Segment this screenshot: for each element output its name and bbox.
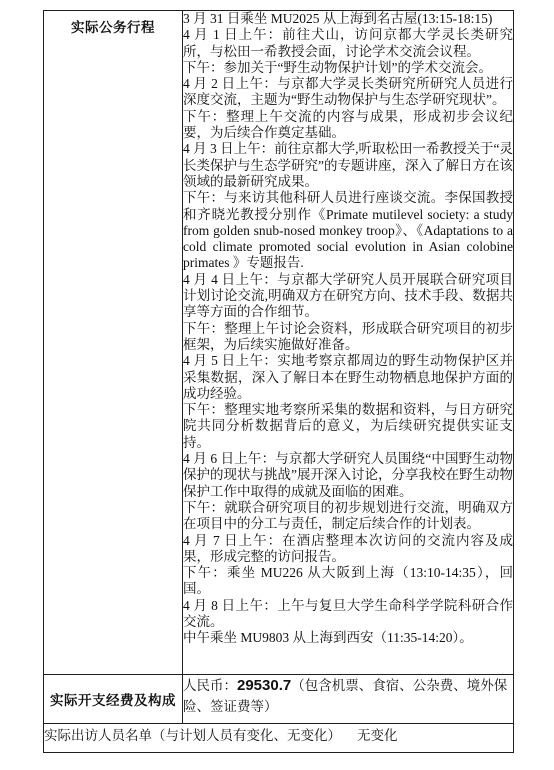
itinerary-paragraph: 4 月 5 日上午：实地考察京都周边的野生动物保护区并采集数据，深入了解日本在野… <box>183 353 513 402</box>
itinerary-paragraph: 下午：整理上午交流的内容与成果，形成初步会议纪要，为后续合作奠定基础。 <box>183 109 513 142</box>
itinerary-label-cell: 实际公务行程 <box>44 11 183 675</box>
amount-value: 29530.7 <box>237 677 291 694</box>
roster-value: 无变化 <box>357 728 398 743</box>
itinerary-paragraphs: 3 月 31 日乘坐 MU2025 从上海到名古屋(13:15-18:15)4 … <box>183 11 513 647</box>
expenses-label: 实际开支经费及构成 <box>50 693 176 708</box>
itinerary-paragraph: 下午：乘坐 MU226 从大阪到上海（13:10-14:35），回国。 <box>183 565 513 598</box>
trip-report-table: 实际公务行程 3 月 31 日乘坐 MU2025 从上海到名古屋(13:15-1… <box>43 10 514 753</box>
itinerary-paragraph: 下午：参加关于“野生动物保护计划”的学术交流会。 <box>183 60 513 76</box>
itinerary-paragraph: 4 月 7 日上午：在酒店整理本次访问的交流内容及成果，形成完整的访问报告。 <box>183 533 513 566</box>
itinerary-paragraph: 下午：就联合研究项目的初步规划进行交流，明确双方在项目中的分工与责任，制定后续合… <box>183 500 513 533</box>
itinerary-paragraph: 4 月 1 日上午：前往犬山，访问京都大学灵长类研究所，与松田一希教授会面，讨论… <box>183 27 513 60</box>
expenses-content-cell: 人民币：29530.7（包含机票、食宿、公杂费、境外保险、签证费等） <box>183 675 514 724</box>
itinerary-paragraph: 中午乘坐 MU9803 从上海到西安（11:35-14:20）。 <box>183 630 513 646</box>
itinerary-paragraph: 4 月 2 日上午：与京都大学灵长类研究所研究人员进行深度交流，主题为“野生动物… <box>183 76 513 109</box>
expenses-row: 实际开支经费及构成 人民币：29530.7（包含机票、食宿、公杂费、境外保险、签… <box>44 675 514 724</box>
roster-row: 实际出访人员名单（与计划人员有变化、无变化）无变化 <box>44 724 514 753</box>
itinerary-content-cell: 3 月 31 日乘坐 MU2025 从上海到名古屋(13:15-18:15)4 … <box>183 11 514 675</box>
itinerary-paragraph: 4 月 3 日上午：前往京都大学,听取松田一希教授关于“灵长类保护与生态学研究”… <box>183 141 513 190</box>
itinerary-paragraph: 3 月 31 日乘坐 MU2025 从上海到名古屋(13:15-18:15) <box>183 11 513 27</box>
currency-label: 人民币： <box>183 678 237 693</box>
trip-report-page: 实际公务行程 3 月 31 日乘坐 MU2025 从上海到名古屋(13:15-1… <box>0 0 554 770</box>
itinerary-paragraph: 下午：整理实地考察所采集的数据和资料，与日方研究院共同分析数据背后的意义，为后续… <box>183 402 513 451</box>
roster-cell: 实际出访人员名单（与计划人员有变化、无变化）无变化 <box>44 724 514 753</box>
itinerary-paragraph: 下午：与来访其他科研人员进行座谈交流。李保国教授和齐晓光教授分别作《Primat… <box>183 190 513 271</box>
itinerary-paragraph: 下午：整理上午讨论会资料，形成联合研究项目的初步框架，为后续实施做好准备。 <box>183 321 513 354</box>
itinerary-paragraph: 4 月 6 日上午：与京都大学研究人员围绕“中国野生动物保护的现状与挑战”展开深… <box>183 451 513 500</box>
itinerary-paragraph: 4 月 4 日上午：与京都大学研究人员开展联合研究项目计划讨论交流,明确双方在研… <box>183 272 513 321</box>
roster-label: 实际出访人员名单（与计划人员有变化、无变化） <box>44 728 341 743</box>
itinerary-paragraph: 4 月 8 日上午：上午与复旦大学生命科学学院科研合作交流。 <box>183 598 513 631</box>
itinerary-label: 实际公务行程 <box>71 20 155 35</box>
itinerary-row: 实际公务行程 3 月 31 日乘坐 MU2025 从上海到名古屋(13:15-1… <box>44 11 514 675</box>
expenses-label-cell: 实际开支经费及构成 <box>44 675 183 724</box>
